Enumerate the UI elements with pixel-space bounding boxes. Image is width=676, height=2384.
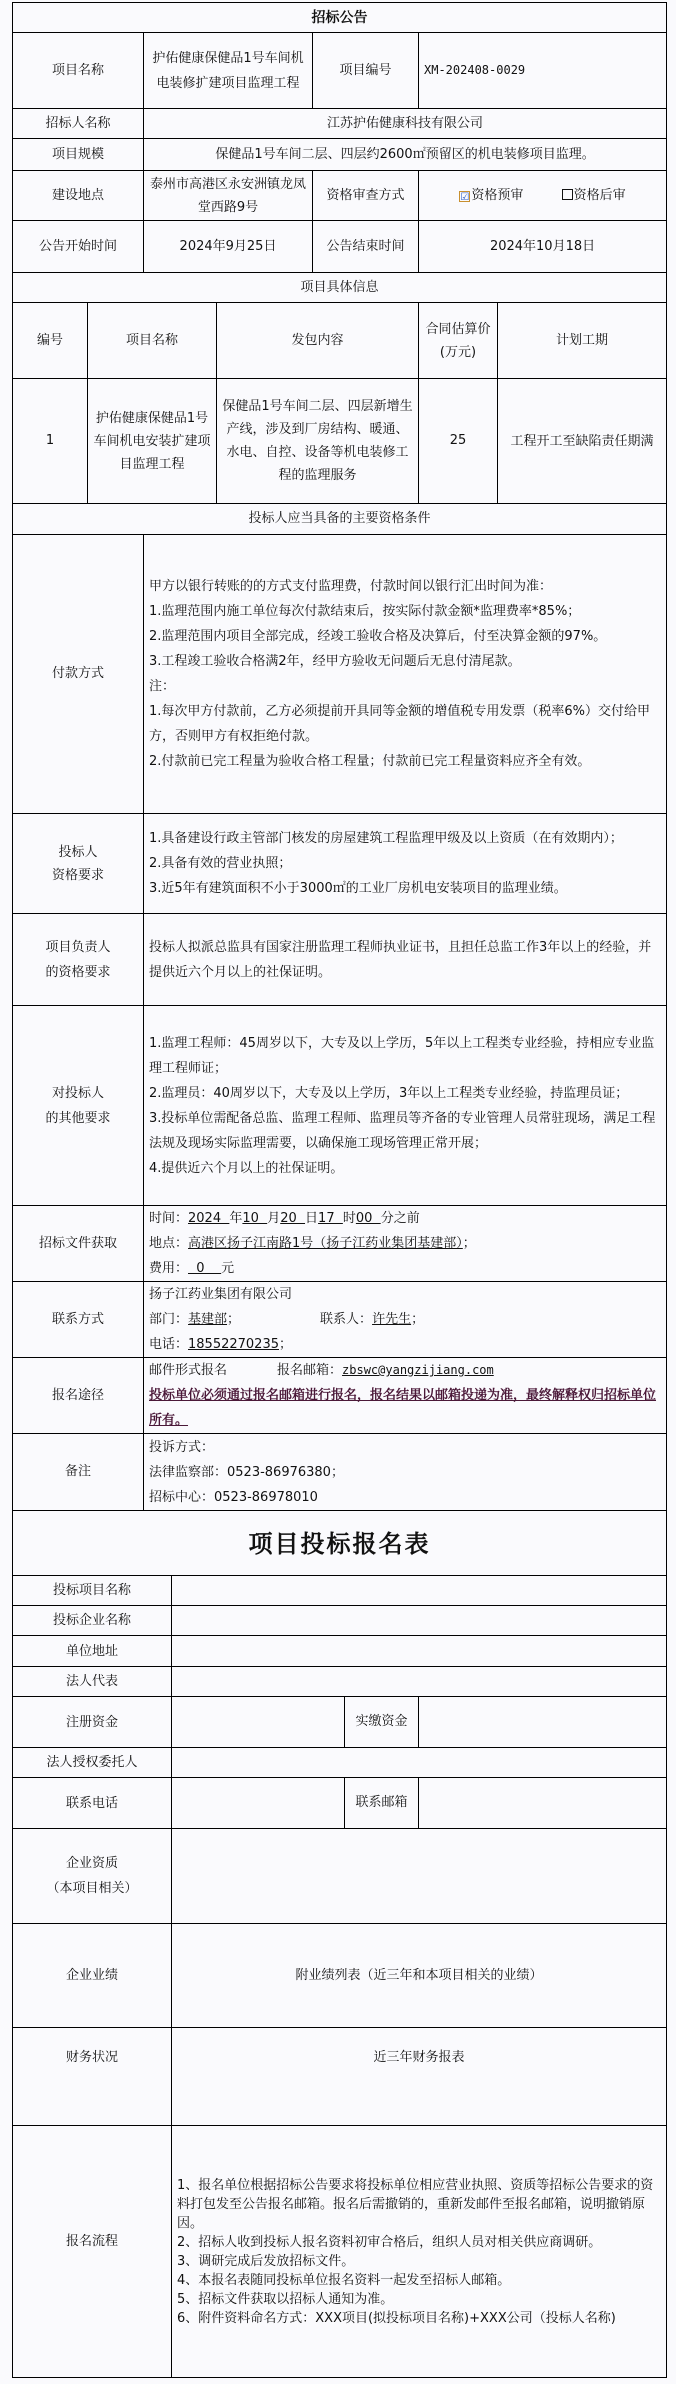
form-qualification-input[interactable]: [172, 1829, 667, 1924]
form-reg-capital-input[interactable]: [172, 1697, 345, 1748]
other-req-label-line1: 对投标人: [18, 1081, 138, 1106]
review-option-post[interactable]: 资格后审: [562, 188, 626, 203]
details-no: 1: [13, 379, 88, 504]
notice-title: 招标公告: [13, 3, 667, 33]
form-address-input[interactable]: [172, 1636, 667, 1667]
contact-label: 联系方式: [13, 1282, 144, 1358]
tenderer-label: 招标人名称: [13, 109, 144, 139]
contact-person: 许先生: [372, 1312, 411, 1327]
checkbox-unchecked-icon[interactable]: [562, 189, 573, 200]
form-qualification-label-line1: 企业资质: [18, 1851, 166, 1876]
contact-dept-line: 部门：基建部；联系人：许先生；: [149, 1307, 661, 1332]
details-period: 工程开工至缺陷责任期满: [498, 379, 667, 504]
lead-req-label-line1: 项目负责人: [18, 935, 138, 960]
doc-obtain-value: 时间：2024 年10 月20 日17 时00 分之前 地点：高港区扬子江南路1…: [144, 1206, 667, 1282]
other-req-line: 3.投标单位需配备总监、监理工程师、监理员等齐备的专业管理人员常驻现场，满足工程…: [149, 1106, 661, 1156]
details-name: 护佑健康保健品1号车间机电安装扩建项目监理工程: [88, 379, 217, 504]
details-content: 保健品1号车间二层、四层新增生产线，涉及到厂房结构、暖通、水电、自控、设备等机电…: [217, 379, 419, 504]
form-paid-capital-input[interactable]: [419, 1697, 667, 1748]
signup-email-link[interactable]: zbswc@yangzijiang.com: [342, 1363, 494, 1377]
tender-notice-page: 招标公告 项目名称 护佑健康保健品1号车间机电装修扩建项目监理工程 项目编号 X…: [12, 2, 666, 2378]
form-reg-capital-label: 注册资金: [13, 1697, 172, 1748]
form-finance-label: 财务状况: [13, 2028, 172, 2126]
payment-label: 付款方式: [13, 535, 144, 814]
doc-month: 10: [242, 1206, 267, 1231]
registration-form-table: 项目投标报名表 投标项目名称 投标企业名称 单位地址 法人代表 注册资金 实缴资…: [12, 1510, 667, 2378]
signup-value: 邮件形式报名报名邮箱：zbswc@yangzijiang.com 投标单位必须通…: [144, 1358, 667, 1434]
doc-time-line: 时间：2024 年10 月20 日17 时00 分之前: [149, 1206, 661, 1231]
process-step: 2、招标人收到投标人报名资料初审合格后，组织人员对相关供应商调研。: [177, 2233, 661, 2252]
review-method-options: ☑资格预审 资格后审: [419, 171, 667, 221]
lead-req-value: 投标人拟派总监具有国家注册监理工程师执业证书，且担任总监工作3年以上的经验，并提…: [144, 914, 667, 1006]
form-finance-value[interactable]: 近三年财务报表: [172, 2028, 667, 2126]
signup-label: 报名途径: [13, 1358, 144, 1434]
lead-req-label: 项目负责人 的资格要求: [13, 914, 144, 1006]
doc-obtain-label: 招标文件获取: [13, 1206, 144, 1282]
doc-year: 2024: [188, 1206, 229, 1231]
tender-notice-table: 招标公告 项目名称 护佑健康保健品1号车间机电装修扩建项目监理工程 项目编号 X…: [12, 2, 667, 1511]
form-qualification-label-line2: （本项目相关）: [18, 1876, 166, 1901]
other-req-label: 对投标人 的其他要求: [13, 1006, 144, 1206]
form-paid-capital-label: 实缴资金: [345, 1697, 419, 1748]
form-legal-rep-label: 法人代表: [13, 1667, 172, 1697]
remark-line: 投诉方式：: [149, 1435, 661, 1460]
payment-line: 1.每次甲方付款前，乙方必须提前开具同等金额的增值税专用发票（税率6%）交付给甲…: [149, 699, 661, 749]
lead-req-label-line2: 的资格要求: [18, 960, 138, 985]
remark-value: 投诉方式： 法律监察部：0523-86976380； 招标中心：0523-869…: [144, 1434, 667, 1511]
form-project-name-label: 投标项目名称: [13, 1576, 172, 1606]
process-step: 5、招标文件获取以招标人通知为准。: [177, 2290, 661, 2309]
form-phone-input[interactable]: [172, 1778, 345, 1829]
form-phone-label: 联系电话: [13, 1778, 172, 1829]
other-req-line: 1.监理工程师：45周岁以下，大专及以上学历，5年以上工程类专业经验，持相应专业…: [149, 1031, 661, 1081]
contact-phone[interactable]: 18552270235: [188, 1337, 279, 1352]
process-step: 6、附件资料命名方式：XXX项目(拟投标项目名称)+XXX公司（投标人名称): [177, 2309, 661, 2328]
qualification-section-title: 投标人应当具备的主要资格条件: [13, 504, 667, 535]
project-no-value: XM-202408-0029: [419, 33, 667, 109]
details-price: 25: [419, 379, 498, 504]
remark-line: 招标中心：0523-86978010: [149, 1485, 661, 1510]
form-authorized-label: 法人授权委托人: [13, 1748, 172, 1778]
bidder-req-line: 1.具备建设行政主管部门核发的房屋建筑工程监理甲级及以上资质（在有效期内）；: [149, 826, 661, 851]
payment-value: 甲方以银行转账的的方式支付监理费，付款时间以银行汇出时间为准： 1.监理范围内施…: [144, 535, 667, 814]
scale-value: 保健品1号车间二层、四层约2600㎡预留区的机电装修项目监理。: [144, 139, 667, 171]
doc-day: 20: [280, 1206, 305, 1231]
form-authorized-input[interactable]: [172, 1748, 667, 1778]
form-performance-value[interactable]: 附业绩列表（近三年和本项目相关的业绩）: [172, 1924, 667, 2028]
form-company-name-label: 投标企业名称: [13, 1606, 172, 1636]
form-email-input[interactable]: [419, 1778, 667, 1829]
bidder-req-line: 2.具备有效的营业执照；: [149, 851, 661, 876]
details-header-price: 合同估算价(万元): [419, 303, 498, 379]
review-option-pre[interactable]: ☑资格预审: [459, 188, 523, 203]
doc-fee: 0: [188, 1256, 221, 1281]
project-no-text: XM-202408-0029: [424, 63, 525, 77]
bidder-req-label: 投标人 资格要求: [13, 814, 144, 914]
form-performance-label: 企业业绩: [13, 1924, 172, 2028]
other-req-line: 4.提供近六个月以上的社保证明。: [149, 1156, 661, 1181]
details-header-no: 编号: [13, 303, 88, 379]
payment-line: 3.工程竣工验收合格满2年，经甲方验收无问题后无息付清尾款。: [149, 649, 661, 674]
contact-dept: 基建部: [188, 1312, 227, 1327]
checkbox-checked-icon[interactable]: ☑: [459, 191, 470, 202]
remark-line: 法律监察部：0523-86976380；: [149, 1460, 661, 1485]
signup-mode-line: 邮件形式报名报名邮箱：zbswc@yangzijiang.com: [149, 1358, 661, 1383]
form-qualification-label: 企业资质 （本项目相关）: [13, 1829, 172, 1924]
payment-line: 甲方以银行转账的的方式支付监理费，付款时间以银行汇出时间为准：: [149, 574, 661, 599]
doc-place: 高港区扬子江南路1号（扬子江药业集团基建部）: [188, 1236, 463, 1251]
payment-line: 2.监理范围内项目全部完成，经竣工验收合格及决算后，付至决算金额的97%。: [149, 624, 661, 649]
bidder-req-label-line2: 资格要求: [18, 864, 138, 887]
details-row: 1 护佑健康保健品1号车间机电安装扩建项目监理工程 保健品1号车间二层、四层新增…: [13, 379, 667, 504]
details-header-name: 项目名称: [88, 303, 217, 379]
form-process-value: 1、报名单位根据招标公告要求将投标单位相应营业执照、资质等招标公告要求的资料打包…: [172, 2126, 667, 2378]
contact-company: 扬子江药业集团有限公司: [149, 1282, 661, 1307]
doc-hour: 17: [318, 1206, 343, 1231]
project-name-label: 项目名称: [13, 33, 144, 109]
details-header-content: 发包内容: [217, 303, 419, 379]
payment-line: 1.监理范围内施工单位每次付款结束后，按实际付款金额*监理费率*85%；: [149, 599, 661, 624]
doc-minute: 00: [356, 1206, 381, 1231]
start-date-value: 2024年9月25日: [144, 221, 313, 273]
doc-place-line: 地点：高港区扬子江南路1号（扬子江药业集团基建部）；: [149, 1231, 661, 1256]
scale-label: 项目规模: [13, 139, 144, 171]
project-name-value: 护佑健康保健品1号车间机电装修扩建项目监理工程: [144, 33, 313, 109]
bidder-req-line: 3.近5年有建筑面积不小于3000㎡的工业厂房机电安装项目的监理业绩。: [149, 876, 661, 901]
review-option-post-label: 资格后审: [574, 188, 626, 203]
details-header-row: 编号 项目名称 发包内容 合同估算价(万元) 计划工期: [13, 303, 667, 379]
other-req-label-line2: 的其他要求: [18, 1106, 138, 1131]
site-value: 泰州市高港区永安洲镇龙凤堂西路9号: [144, 171, 313, 221]
remark-label: 备注: [13, 1434, 144, 1511]
form-project-name-input[interactable]: [172, 1576, 667, 1606]
process-step: 1、报名单位根据招标公告要求将投标单位相应营业执照、资质等招标公告要求的资料打包…: [177, 2176, 661, 2233]
other-req-value: 1.监理工程师：45周岁以下，大专及以上学历，5年以上工程类专业经验，持相应专业…: [144, 1006, 667, 1206]
details-section-title: 项目具体信息: [13, 273, 667, 303]
contact-value: 扬子江药业集团有限公司 部门：基建部；联系人：许先生； 电话：185522702…: [144, 1282, 667, 1358]
end-date-label: 公告结束时间: [313, 221, 419, 273]
form-email-label: 联系邮箱: [345, 1778, 419, 1829]
bidder-req-label-line1: 投标人: [18, 841, 138, 864]
end-date-value: 2024年10月18日: [419, 221, 667, 273]
other-req-line: 2.监理员：40周岁以下，大专及以上学历，3年以上工程类专业经验，持监理员证；: [149, 1081, 661, 1106]
process-step: 3、调研完成后发放招标文件。: [177, 2252, 661, 2271]
form-legal-rep-input[interactable]: [172, 1667, 667, 1697]
tenderer-value: 江苏护佑健康科技有限公司: [144, 109, 667, 139]
process-step: 4、本报名表随同投标单位报名资料一起发至招标人邮箱。: [177, 2271, 661, 2290]
form-company-name-input[interactable]: [172, 1606, 667, 1636]
doc-fee-line: 费用： 0 元: [149, 1256, 661, 1281]
signup-warning: 投标单位必须通过报名邮箱进行报名，报名结果以邮箱投递为准，最终解释权归招标单位所…: [149, 1383, 661, 1433]
form-process-label: 报名流程: [13, 2126, 172, 2378]
review-option-pre-label: 资格预审: [471, 188, 523, 203]
form-title: 项目投标报名表: [13, 1511, 667, 1576]
payment-line: 2.付款前已完工程量为验收合格工程量；付款前已完工程量资料应齐全有效。: [149, 749, 661, 774]
review-method-label: 资格审查方式: [313, 171, 419, 221]
form-address-label: 单位地址: [13, 1636, 172, 1667]
bidder-req-value: 1.具备建设行政主管部门核发的房屋建筑工程监理甲级及以上资质（在有效期内）； 2…: [144, 814, 667, 914]
start-date-label: 公告开始时间: [13, 221, 144, 273]
details-header-period: 计划工期: [498, 303, 667, 379]
project-no-label: 项目编号: [313, 33, 419, 109]
site-label: 建设地点: [13, 171, 144, 221]
contact-phone-line: 电话：18552270235；: [149, 1332, 661, 1357]
payment-line: 注：: [149, 674, 661, 699]
